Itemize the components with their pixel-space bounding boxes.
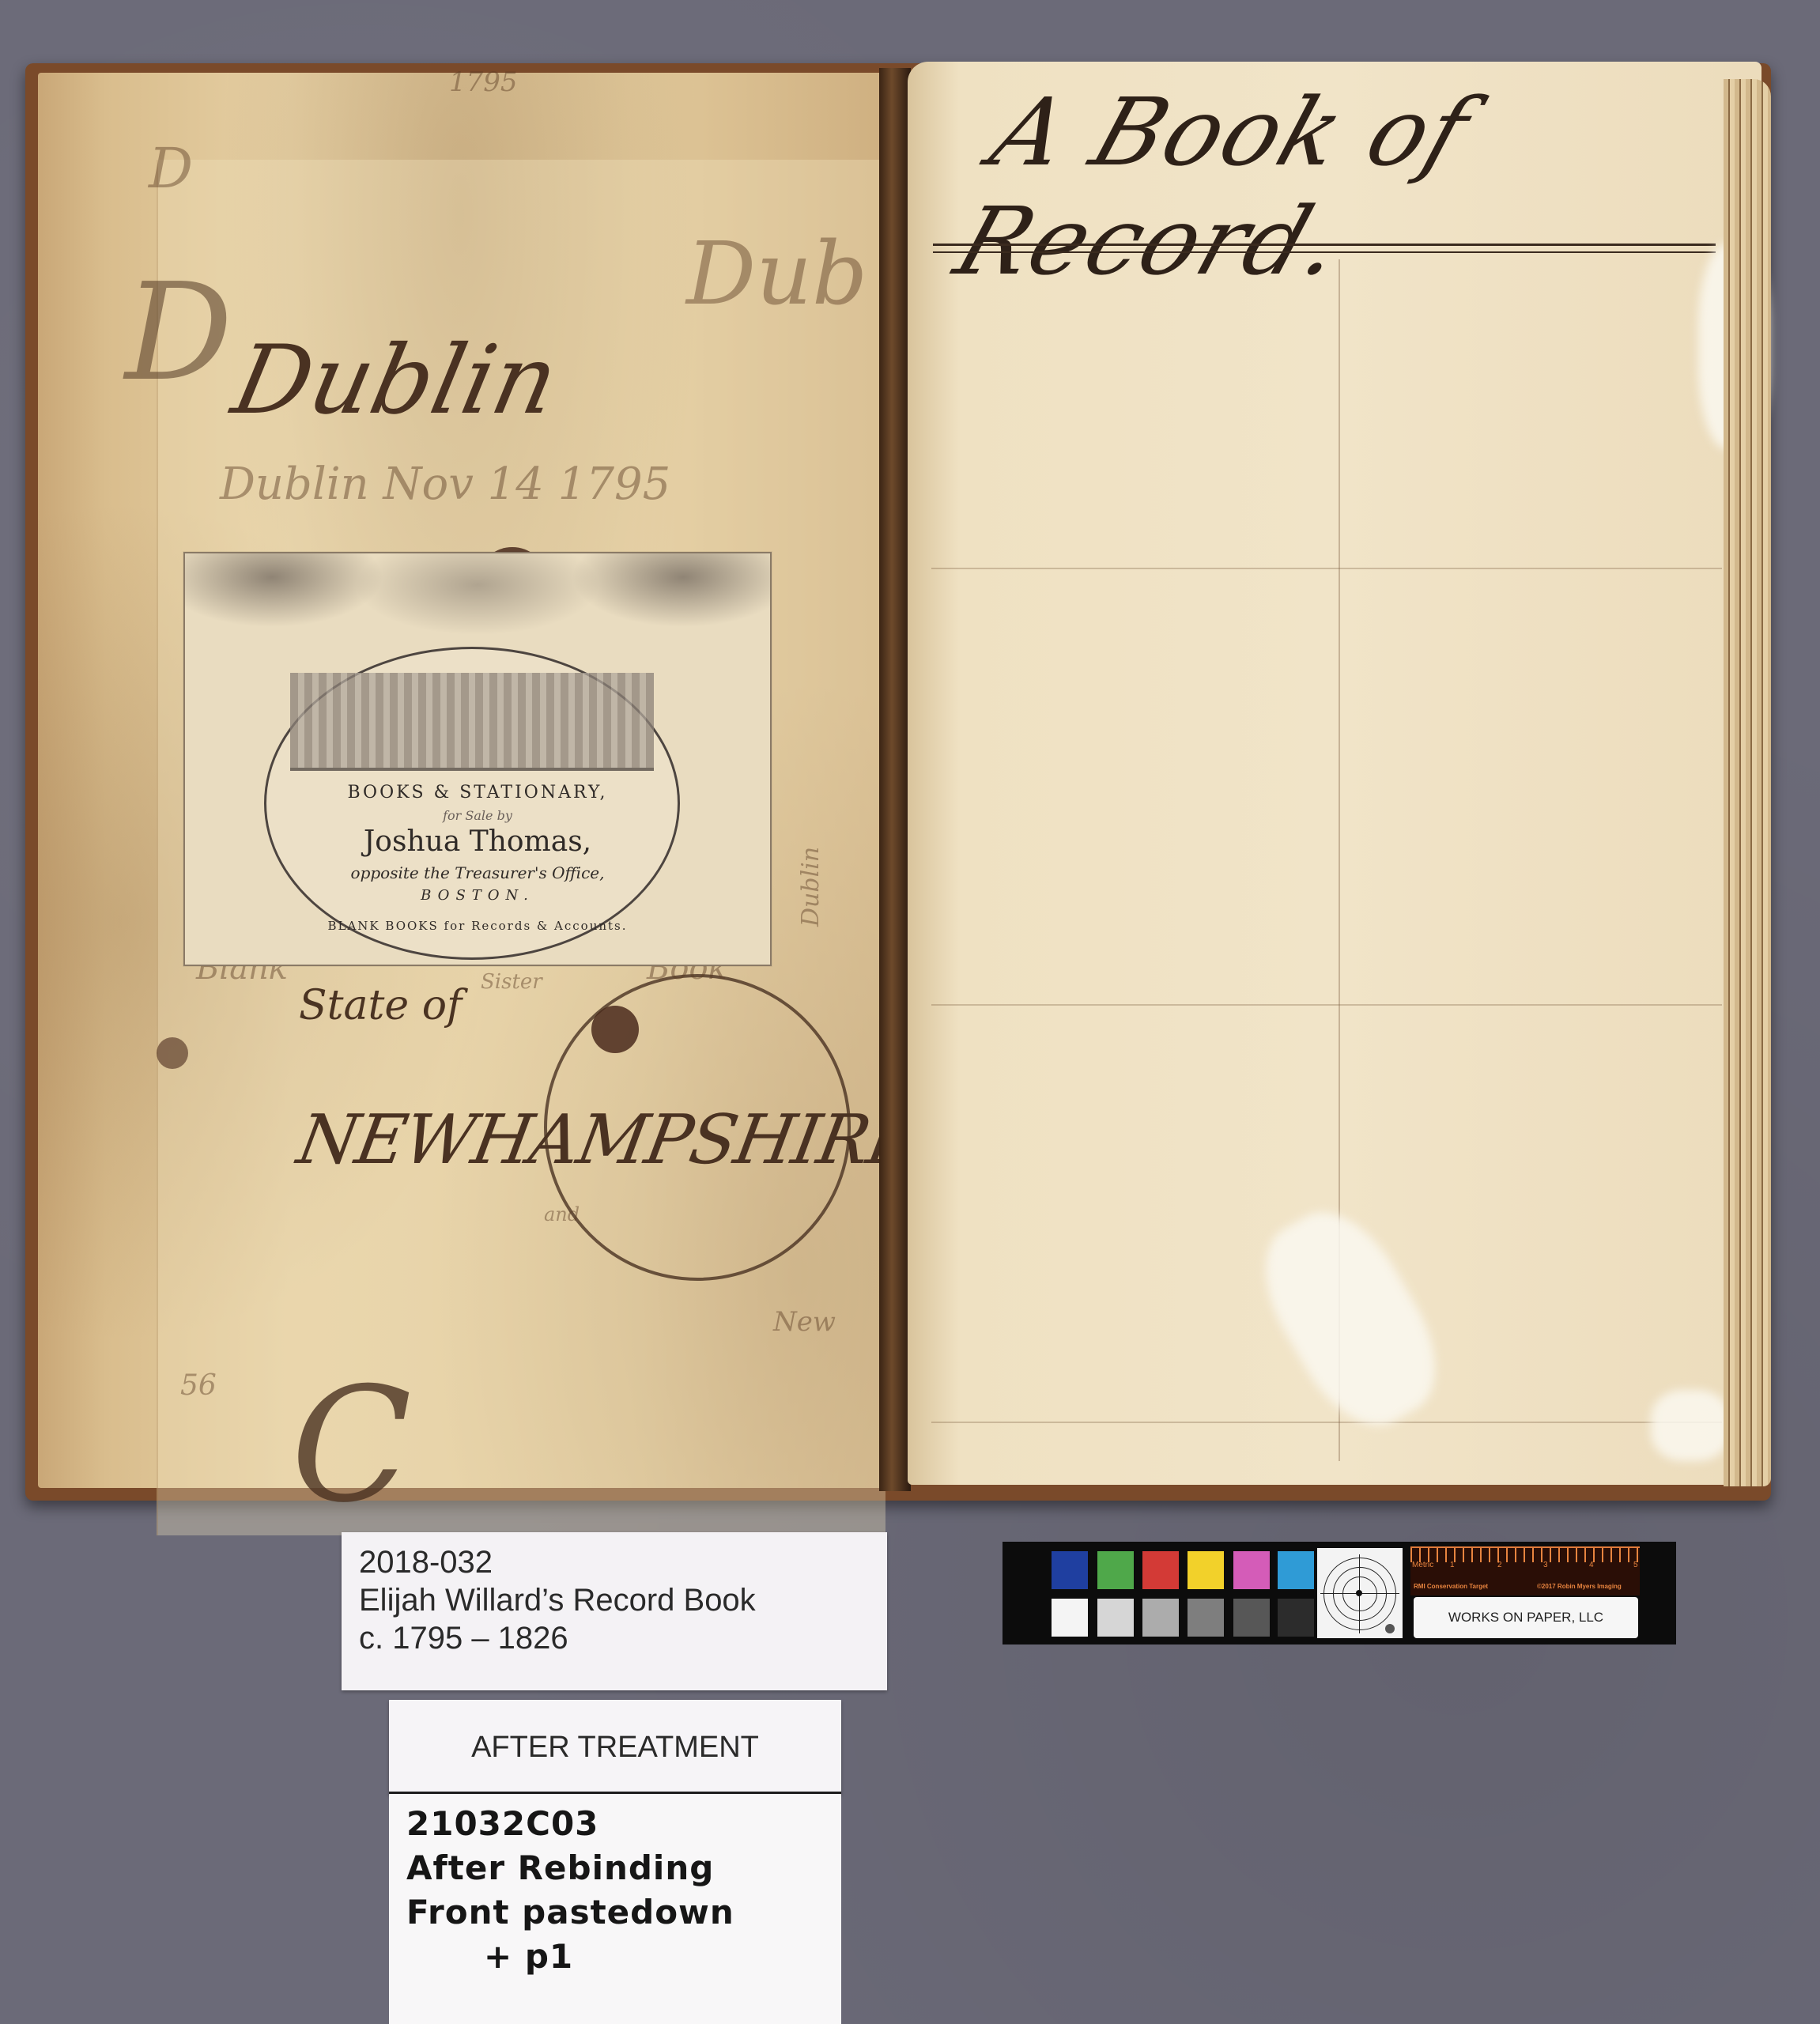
label-footer: BLANK BOOKS for Records & Accounts. [185, 919, 770, 933]
label-merchant-name: Joshua Thomas, [185, 825, 770, 858]
book-gutter [879, 68, 911, 1491]
metric-ruler: Metric 1 2 3 4 5 RMI Conservation Target… [1410, 1546, 1640, 1595]
swatch-gray-2 [1142, 1599, 1179, 1637]
ruler-credit-right: ©2017 Robin Myers Imaging [1537, 1583, 1622, 1590]
swatch-gray-4 [1233, 1599, 1270, 1637]
page-title-a-book-of-record: A Book of Record. [943, 77, 1797, 296]
note-line-after-rebinding: After Rebinding [389, 1846, 841, 1890]
handwritten-dub-partial: Dub [686, 223, 867, 324]
swatch-green [1097, 1551, 1134, 1589]
object-title: Elijah Willard’s Record Book [342, 1581, 887, 1619]
handwritten-sister: Sister [481, 970, 542, 994]
row-rule [931, 568, 1722, 569]
ink-flourish-circle [544, 974, 851, 1281]
ruler-number: 3 [1543, 1561, 1548, 1569]
bullseye-center [1356, 1590, 1362, 1596]
ruler-number: 2 [1497, 1561, 1502, 1569]
label-for-sale-by: for Sale by [185, 808, 770, 823]
swatch-gray-3 [1188, 1599, 1224, 1637]
ruler-ticks [1410, 1548, 1640, 1562]
ruler-number: 1 [1450, 1561, 1455, 1569]
handwritten-dublin-date-line: Dublin Nov 14 1795 [220, 459, 670, 510]
handwritten-and: and [544, 1203, 580, 1225]
swatch-black [1278, 1599, 1314, 1637]
image-number: 21032C03 [389, 1794, 841, 1846]
swatch-blue [1052, 1551, 1088, 1589]
object-date-range: c. 1795 – 1826 [342, 1619, 887, 1657]
title-double-rule-bottom [933, 251, 1716, 253]
handwritten-large-c-flourish: C [291, 1354, 412, 1538]
label-heading: BOOKS & STATIONARY, [185, 783, 770, 802]
row-rule [931, 1422, 1722, 1423]
ink-stain [157, 1037, 188, 1069]
label-location: opposite the Treasurer's Office, [185, 863, 770, 882]
handwritten-state-of: State of [299, 982, 462, 1029]
swatch-magenta [1233, 1551, 1270, 1589]
company-label: WORKS ON PAPER, LLC [1414, 1597, 1638, 1638]
handwritten-dublin-capital: D [125, 255, 232, 411]
handwritten-new: New [773, 1306, 836, 1338]
front-pastedown-page: 1795 D D Dublin Dub Dublin Nov 14 1795 S… [38, 73, 882, 1488]
handwritten-date-top: 1795 [449, 66, 518, 98]
engraved-bookshelf [290, 673, 654, 771]
after-treatment-card: AFTER TREATMENT [389, 1700, 841, 1795]
accession-number: 2018-032 [342, 1532, 887, 1581]
color-calibration-target: Metric 1 2 3 4 5 RMI Conservation Target… [1003, 1542, 1676, 1644]
gray-dot [1385, 1624, 1395, 1633]
page-one: A Book of Record. [908, 62, 1761, 1485]
ruler-unit-label: Metric [1412, 1561, 1433, 1569]
title-double-rule-top [933, 244, 1716, 246]
swatch-gray-1 [1097, 1599, 1134, 1637]
paper-repair-patch [1651, 1390, 1730, 1461]
object-info-card: 2018-032 Elijah Willard’s Record Book c.… [342, 1532, 887, 1690]
ruler-number: 4 [1589, 1561, 1594, 1569]
note-line-front-pastedown: Front pastedown [389, 1890, 841, 1935]
note-line-p1: + p1 [389, 1935, 841, 1979]
handwritten-margin-dublin: Dublin [797, 847, 825, 927]
ruler-credit-left: RMI Conservation Target [1414, 1583, 1488, 1590]
handwritten-dublin: Dublin [224, 326, 567, 436]
engraved-oval-frame [264, 647, 680, 960]
handwritten-note-card: 21032C03 After Rebinding Front pastedown… [389, 1792, 841, 2024]
label-city: BOSTON. [185, 887, 770, 904]
swatch-cyan [1278, 1551, 1314, 1589]
focus-bullseye [1317, 1548, 1403, 1638]
ink-stain [591, 1006, 639, 1053]
handwritten-56: 56 [180, 1369, 217, 1402]
swatch-yellow [1188, 1551, 1224, 1589]
row-rule [931, 1004, 1722, 1006]
swatch-white [1052, 1599, 1088, 1637]
joshua-thomas-trade-label: BOOKS & STATIONARY, for Sale by Joshua T… [183, 552, 772, 966]
ruler-number: 5 [1633, 1561, 1638, 1569]
paper-repair-patch [1240, 1191, 1461, 1446]
swatch-red [1142, 1551, 1179, 1589]
handwritten-d-flourish: D [149, 136, 193, 201]
text-block-edges [1724, 79, 1771, 1486]
